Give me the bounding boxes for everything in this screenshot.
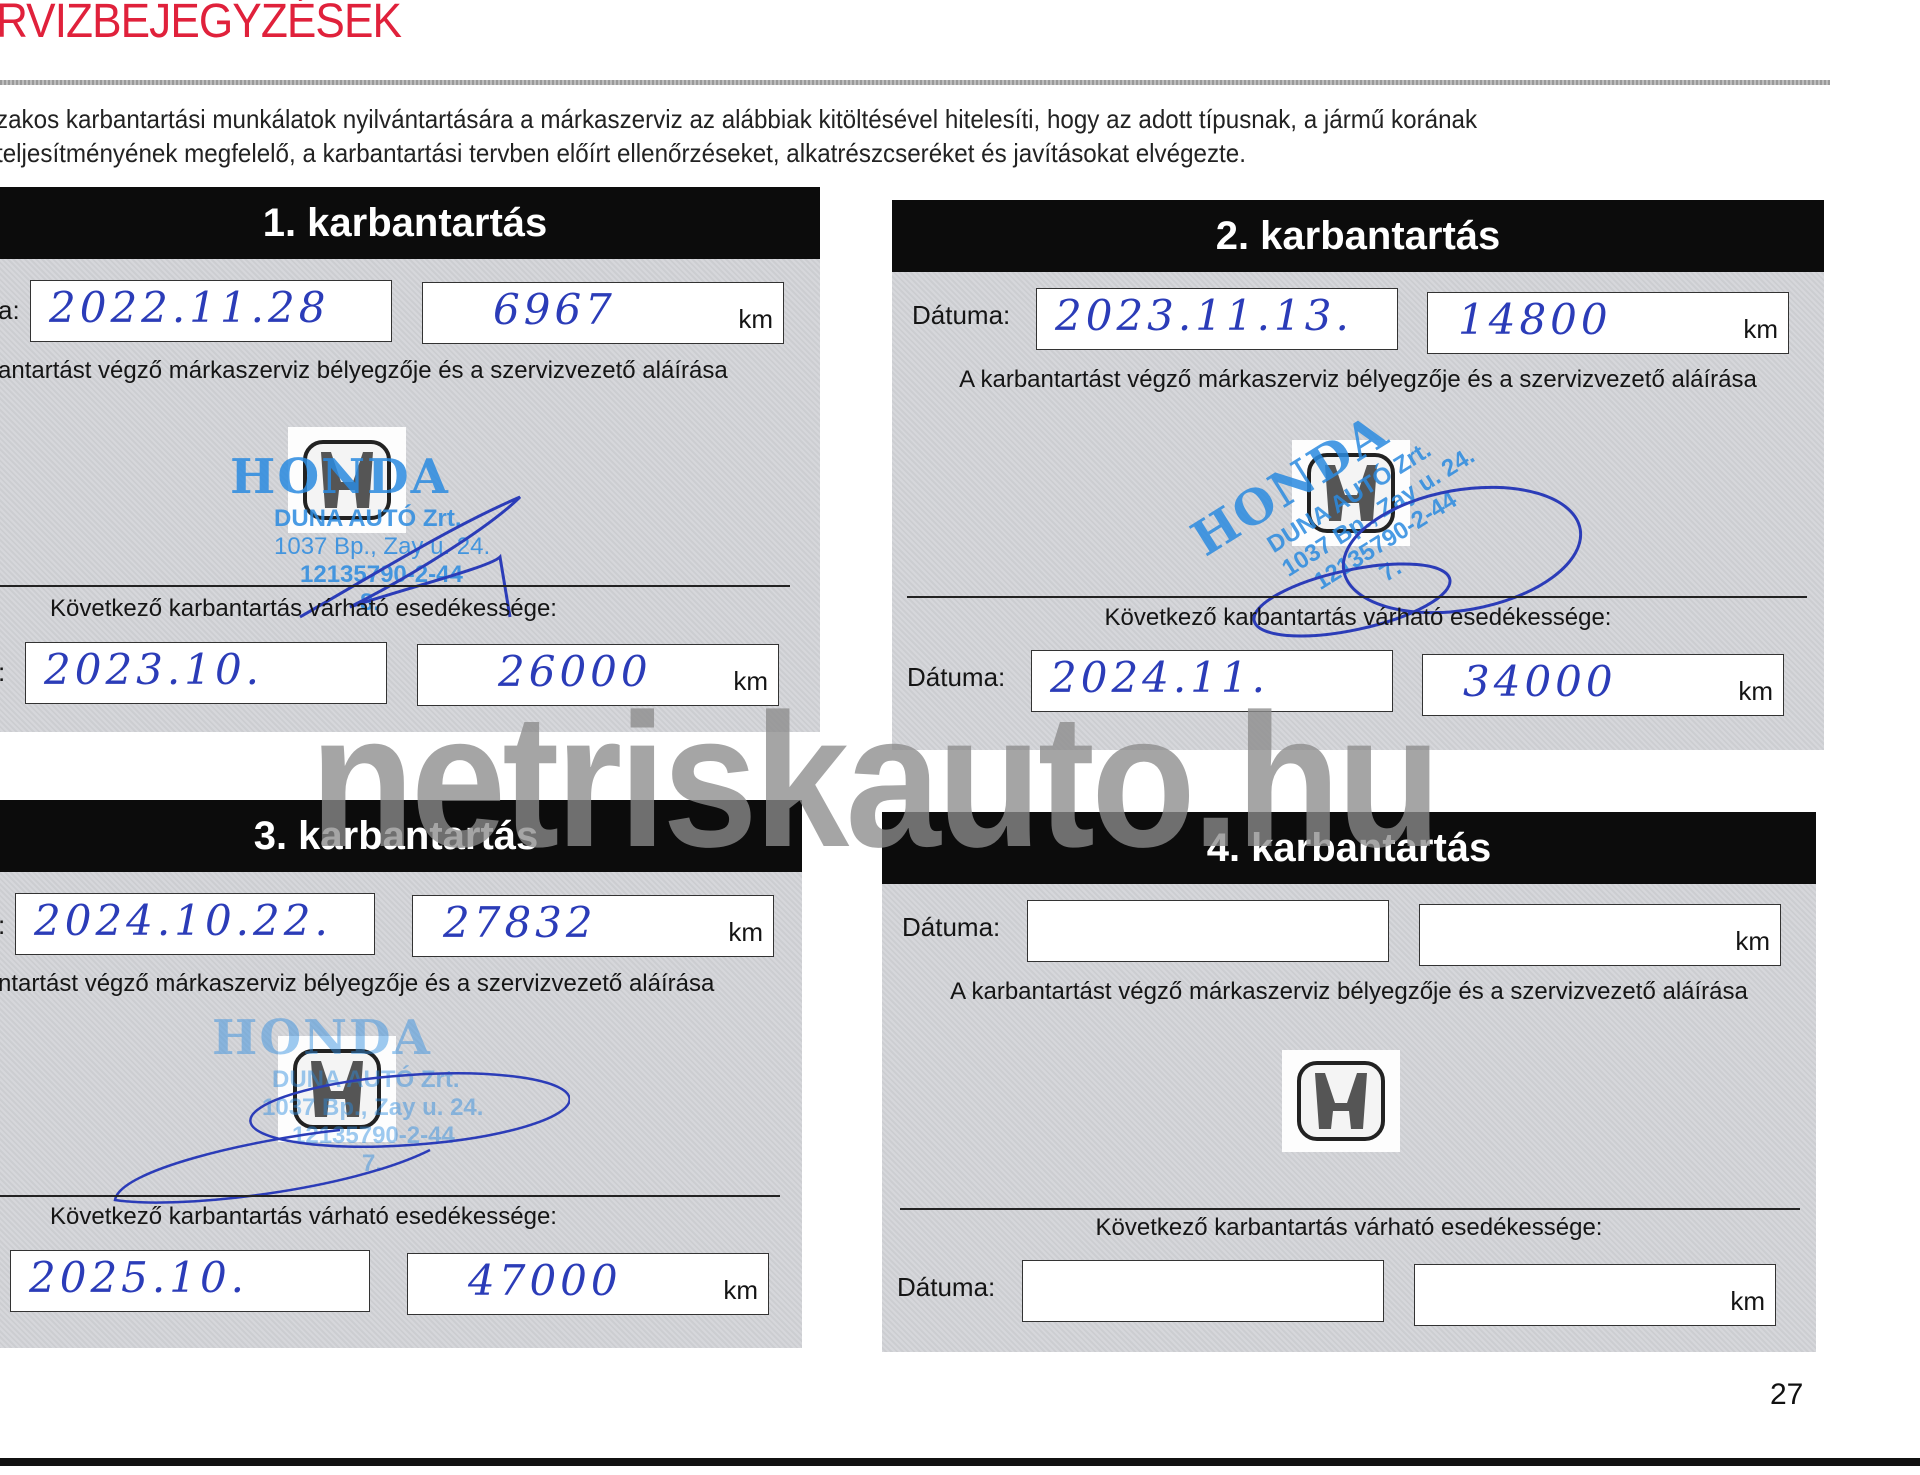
next-date-field[interactable]: 2024.11. [1031,650,1393,712]
honda-emblem [1282,1050,1400,1152]
next-km-value: 47000 [468,1256,622,1305]
intro-line-2: teljesítményének megfelelő, a karbantart… [0,136,1698,170]
divider [0,585,790,587]
next-km-field[interactable]: 26000 km [417,644,779,706]
next-date-field[interactable] [1022,1260,1384,1322]
next-date-field[interactable]: 2025.10. [10,1250,370,1312]
km-unit: km [728,917,763,948]
honda-logo-icon [1295,1059,1387,1143]
maintenance-card-4: 4. karbantartás Dátuma: km A karbantartá… [882,812,1816,1352]
next-date-label: Dátuma: [907,662,1005,693]
stamp-caption: A karbantartást végző márkaszerviz bélye… [882,978,1816,1006]
maintenance-card-2: 2. karbantartás Dátuma: 2023.11.13. 1480… [892,200,1824,750]
service-date-value: 2023.11.13. [1055,291,1353,340]
next-km-value: 34000 [1463,657,1617,706]
service-date-field[interactable] [1027,900,1389,962]
intro-line-1: zakos karbantartási munkálatok nyilvánta… [0,102,1698,136]
date-label: Dátuma: [912,300,1010,331]
page-number: 27 [1770,1378,1803,1412]
km-unit: km [733,666,768,697]
next-date-label: : [0,657,5,688]
km-unit: km [1738,676,1773,707]
km-unit: km [1730,1286,1765,1317]
next-due-caption: Következő karbantartás várható esedékess… [882,1214,1816,1242]
next-km-value: 26000 [498,647,652,696]
service-km-field[interactable]: 14800 km [1427,292,1789,354]
next-due-caption: Következő karbantartás várható esedékess… [50,1203,802,1231]
service-date-value: 2022.11.28 [49,283,329,332]
service-date-value: 2024.10.22. [34,896,332,945]
page-title: RVIZBEJEGYZÉSEK [0,0,401,49]
honda-logo-icon [291,1047,383,1131]
stamp-caption: A karbantartást végző márkaszerviz bélye… [892,366,1824,394]
next-date-value: 2025.10. [29,1253,248,1302]
title-rule [0,80,1830,85]
date-label: : [0,910,5,941]
honda-logo-icon [301,438,393,522]
next-km-field[interactable]: km [1414,1264,1776,1326]
intro-text: zakos karbantartási munkálatok nyilvánta… [0,102,1698,170]
card-2-title: 2. karbantartás [892,200,1824,272]
card-1-title: 1. karbantartás [0,187,820,259]
next-date-value: 2024.11. [1050,653,1269,702]
divider [900,1208,1800,1210]
next-due-caption: Következő karbantartás várható esedékess… [892,604,1824,632]
divider [907,596,1807,598]
maintenance-card-3: 3. karbantartás : 2024.10.22. 27832 km n… [0,800,802,1348]
km-unit: km [723,1275,758,1306]
maintenance-card-1: 1. karbantartás a: 2022.11.28 6967 km an… [0,187,820,732]
service-km-field[interactable]: 6967 km [422,282,784,344]
card-4-title: 4. karbantartás [882,812,1816,884]
next-km-field[interactable]: 34000 km [1422,654,1784,716]
service-km-field[interactable]: km [1419,904,1781,966]
date-label: Dátuma: [902,912,1000,943]
stamp-caption: antartást végző márkaszerviz bélyegzője … [0,357,820,385]
service-km-value: 14800 [1458,295,1612,344]
service-km-field[interactable]: 27832 km [412,895,774,957]
card-3-title: 3. karbantartás [0,800,802,872]
next-date-field[interactable]: 2023.10. [25,642,387,704]
stamp-caption: ntartást végző márkaszerviz bélyegzője é… [0,970,802,998]
divider [0,1195,780,1197]
service-km-value: 6967 [493,285,616,334]
next-date-value: 2023.10. [44,645,263,694]
honda-logo-icon [1305,451,1397,535]
honda-emblem [288,427,406,533]
service-date-field[interactable]: 2024.10.22. [15,893,375,955]
next-due-caption: Következő karbantartás várható esedékess… [50,595,820,623]
km-unit: km [1743,314,1778,345]
bottom-rule [0,1458,1920,1466]
km-unit: km [738,304,773,335]
service-date-field[interactable]: 2022.11.28 [30,280,392,342]
service-km-value: 27832 [443,898,597,947]
honda-emblem [1292,440,1410,546]
next-date-label: Dátuma: [897,1272,995,1303]
km-unit: km [1735,926,1770,957]
service-date-field[interactable]: 2023.11.13. [1036,288,1398,350]
next-km-field[interactable]: 47000 km [407,1253,769,1315]
honda-emblem [278,1036,396,1142]
date-label: a: [0,295,20,326]
